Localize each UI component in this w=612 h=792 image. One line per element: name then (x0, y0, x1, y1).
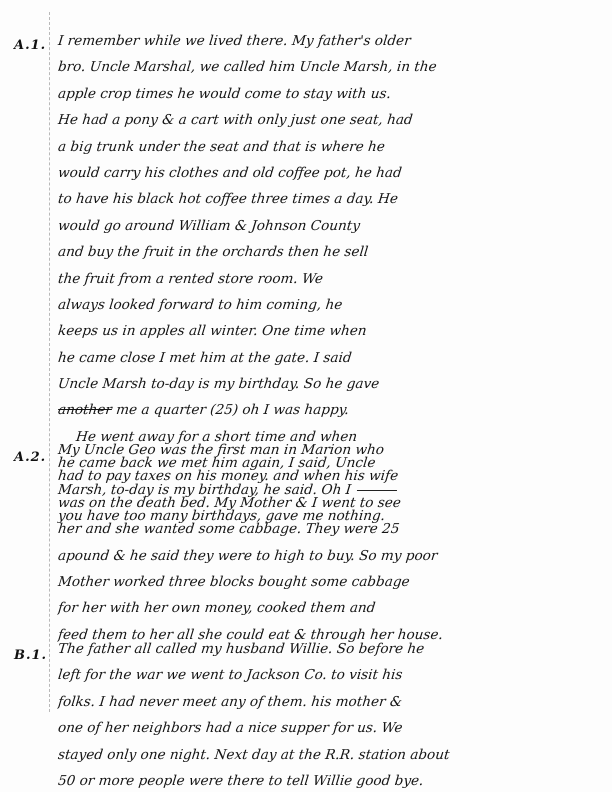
text-line: The father all called my husband Willie.… (57, 636, 600, 662)
text-line: stayed only one night. Next day at the R… (57, 742, 600, 768)
section-label-b1: B.1. (14, 648, 47, 663)
text-line: had to pay taxes on his money. and when … (57, 463, 600, 489)
strikethrough-word: another (57, 402, 112, 418)
text-line: he came close I met him at the gate. I s… (57, 345, 600, 371)
section-label-a1: A.1. (14, 38, 46, 53)
text-line: apound & he said they were to high to bu… (57, 543, 600, 569)
margin-rule (49, 12, 51, 712)
text-line: was on the death bed. My Mother & I went… (57, 490, 600, 516)
text-line: would go around William & Johnson County (57, 213, 600, 239)
text-line: 50 or more people were there to tell Wil… (57, 768, 600, 792)
text-line: Uncle Marsh to-day is my birthday. So he… (57, 371, 600, 397)
text-line: would carry his clothes and old coffee p… (57, 160, 600, 186)
text-line: bro. Uncle Marshal, we called him Uncle … (57, 54, 600, 80)
text-line: I remember while we lived there. My fath… (57, 28, 600, 54)
text-line-with-strikethrough: another me a quarter (25) oh I was happy… (57, 397, 600, 423)
section-b1: The father all called my husband Willie.… (58, 636, 598, 792)
text-line: a big trunk under the seat and that is w… (57, 134, 600, 160)
text-line-content: me a quarter (25) oh I was happy. (115, 402, 349, 418)
text-line: to have his black hot coffee three times… (57, 186, 600, 212)
handwritten-page: A.1. I remember while we lived there. My… (0, 0, 612, 792)
text-line: My Uncle Geo was the first man in Marion… (57, 437, 600, 463)
text-line: one of her neighbors had a nice supper f… (57, 715, 600, 741)
section-label-a2: A.2. (14, 450, 46, 465)
text-line: for her with her own money, cooked them … (57, 595, 600, 621)
text-line: left for the war we went to Jackson Co. … (57, 662, 600, 688)
text-line: the fruit from a rented store room. We (57, 266, 600, 292)
text-line: He had a pony & a cart with only just on… (57, 107, 600, 133)
text-line: Mother worked three blocks bought some c… (57, 569, 600, 595)
text-line: apple crop times he would come to stay w… (57, 81, 600, 107)
text-line: folks. I had never meet any of them. his… (57, 689, 600, 715)
text-line: always looked forward to him coming, he (57, 292, 600, 318)
text-line: her and she wanted some cabbage. They we… (57, 516, 600, 542)
text-line: and buy the fruit in the orchards then h… (57, 239, 600, 265)
section-a2: My Uncle Geo was the first man in Marion… (58, 437, 598, 648)
text-line: keeps us in apples all winter. One time … (57, 318, 600, 344)
